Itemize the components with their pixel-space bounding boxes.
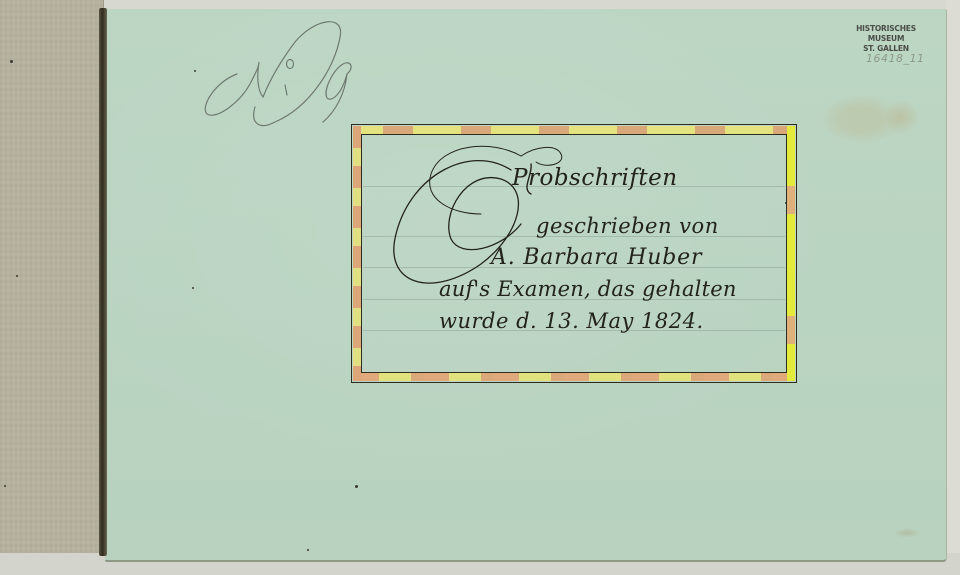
cartouche-line-author: A. Barbara Huber: [491, 245, 702, 270]
foxing-stain: [885, 100, 919, 134]
scan-background-right: [946, 0, 960, 575]
frame-band-right: [787, 126, 795, 381]
paper-speck: [192, 287, 194, 289]
paper-speck: [16, 275, 18, 277]
paper-speck: [10, 60, 13, 63]
frame-band-left: [353, 126, 361, 381]
cartouche-line-4: auf's Examen, das gehalten: [439, 277, 737, 301]
cardboard-backing-sheet: [0, 0, 104, 553]
cartouche-line-date: wurde d. 13. May 1824.: [439, 309, 704, 333]
foxing-stain: [893, 528, 921, 538]
paper-speck: [355, 485, 358, 488]
frame-band-bottom: [353, 373, 795, 381]
cartouche-line-2: geschrieben von: [536, 214, 719, 238]
page-spine-shadow: [99, 8, 107, 556]
stamp-line-1: HISTORISCHES MUSEUM: [838, 24, 934, 44]
cartouche-line-title: Probschriften: [512, 165, 678, 191]
frame-band-top: [353, 126, 795, 134]
museum-stamp: HISTORISCHES MUSEUM ST. GALLEN: [838, 24, 934, 54]
pencil-number-mark: N° 9: [195, 12, 355, 137]
paper-speck: [4, 485, 6, 487]
title-cartouche: Probschriften geschrieben von A. Barbara…: [351, 124, 797, 383]
paper-speck: [307, 549, 309, 551]
inventory-number: 16418_11: [866, 52, 925, 65]
